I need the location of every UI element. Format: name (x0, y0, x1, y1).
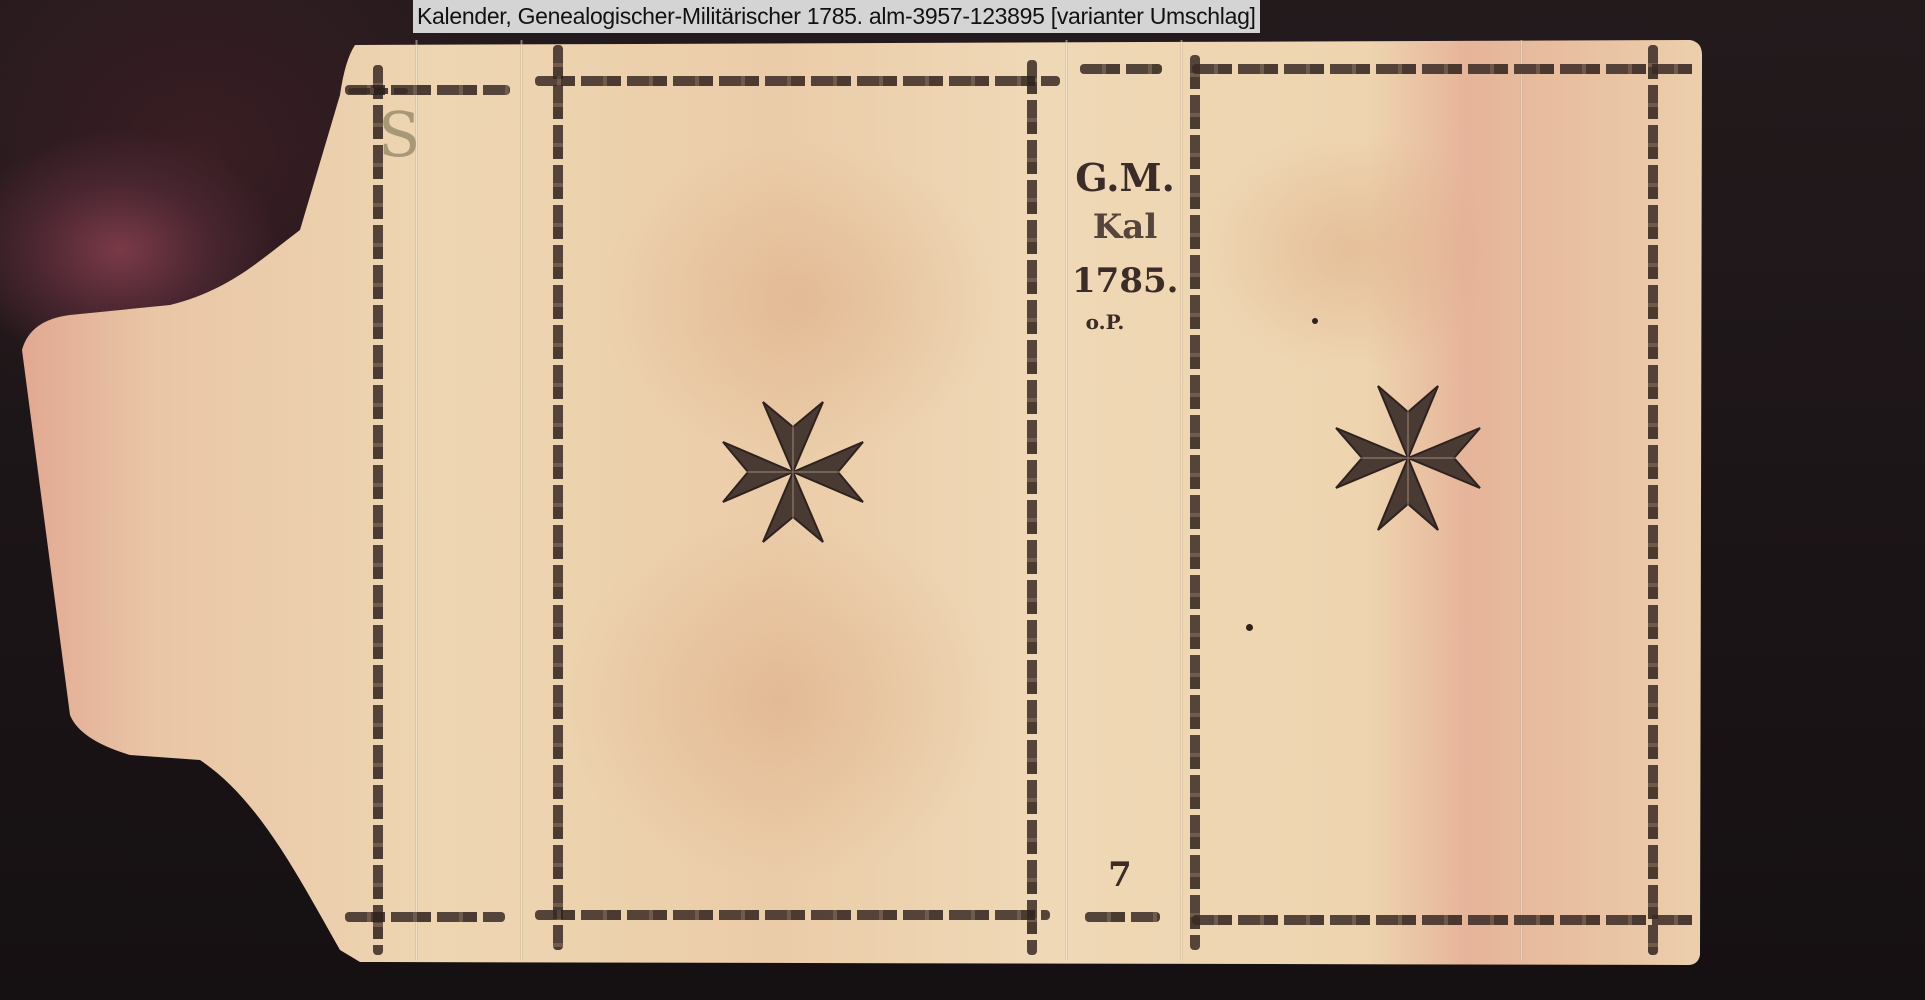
ornament-border (1027, 60, 1037, 955)
ornament-border (1190, 55, 1200, 950)
ornament-border (535, 76, 1060, 86)
ornament-border (535, 910, 1050, 920)
flap-letter-s: S (378, 98, 420, 171)
ornament-border (1080, 64, 1162, 74)
fold-line (1180, 40, 1183, 960)
spine-title-line: Kal (1075, 210, 1175, 246)
ornament-border (1192, 915, 1697, 925)
spine-abbrev: o.P. (1075, 312, 1135, 333)
ornament-border (345, 912, 505, 922)
ink-dot (1312, 318, 1318, 324)
ornament-border (348, 88, 408, 94)
fold-line (520, 40, 523, 960)
ornament-border (553, 45, 563, 950)
ornament-border (1192, 64, 1697, 74)
ornament-border (1085, 912, 1160, 922)
ink-dot (1246, 624, 1253, 631)
ornament-border (373, 65, 383, 955)
spine-number: 7 (1100, 858, 1140, 894)
fold-line (415, 40, 418, 960)
spine-year: 1785. (1072, 264, 1172, 300)
vellum-cover (0, 0, 1925, 1000)
fold-line (1520, 40, 1523, 960)
maltese-cross-icon (1333, 378, 1483, 538)
fold-line (1065, 40, 1068, 960)
maltese-cross-icon (718, 392, 868, 552)
ornament-border (1648, 45, 1658, 955)
spine-title-line: G.M. (1075, 158, 1175, 198)
